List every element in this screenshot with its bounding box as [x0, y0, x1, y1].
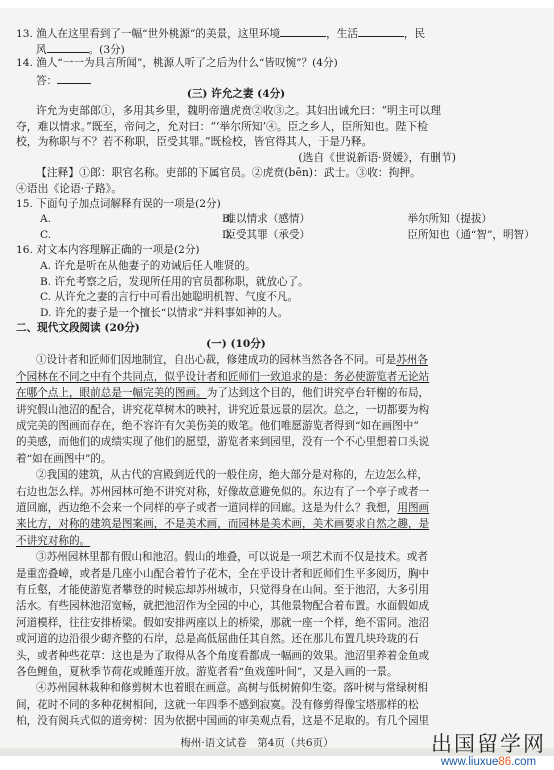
question-number: 14. — [16, 57, 33, 69]
answer-blank[interactable] — [47, 41, 89, 53]
passage-line: 右边也怎么样。苏州园林可绝不讲究对称，好像故意避免似的。东边有了一个亭子或者一 — [16, 484, 456, 500]
passage-line: 成完美的图画而存在，绝不容许有欠美伤美的败笔。他们唯愿游览者得到“如在画图中” — [16, 418, 456, 434]
underlined-text: 来比方，对称的建筑是图案画，不是美术画，而园林是美术画，美术画要求自然之趣，是 — [16, 518, 429, 530]
underlined-text: 在哪个点上，眼前总是一幅完美的图画。 — [16, 387, 207, 399]
question-15: 15. 下面句子加点词解释有误的一项是(2分) — [16, 197, 456, 213]
passage-line: 个园林在不同之中有个共同点，似乎设计者和匠师们一致追求的是：务必使游览者无论站 — [16, 369, 456, 385]
passage-line: ④苏州园林栽种和修剪树木也着眼在画意。高树与低树俯仰生姿。落叶树与常绿树相 — [16, 680, 456, 696]
underlined-text: 个园林在不同之中有个共同点，似乎设计者和匠师们一致追求的是：务必使游览者无论站 — [16, 371, 429, 383]
answer-blank[interactable] — [57, 72, 91, 84]
answer-label: 答： — [36, 75, 57, 87]
option-d[interactable]: D. 许允的妻子是一个擅长“以情求”并料事如神的人。 — [16, 306, 456, 322]
passage-line: 有丘壑，才能使游览者攀登的时候忘却苏州城市，只觉得身在山间。至于池沼，大多引用 — [16, 582, 456, 598]
passage-line: ③苏州园林里都有假山和池沼。假山的堆叠，可以说是一项艺术而不仅是技术。或者 — [16, 549, 456, 565]
passage-source: (选自《世说新语·贤媛》，有删节) — [16, 150, 456, 166]
question-score: 。(3分) — [89, 44, 125, 56]
underlined-text: 不讲究对称的。 — [16, 535, 90, 547]
passage-line: 活水。有些园林池沼宽畅，就把池沼作为全园的中心，其他景物配合着布置。水面假如成 — [16, 598, 456, 614]
answer-blank[interactable] — [358, 25, 404, 37]
underlined-text: 用图画 — [397, 502, 429, 514]
question-14: 14. 渔人“一一为具言所闻”，桃源人听了之后为什么“皆叹惋”？(4分) — [16, 56, 456, 72]
option-c[interactable]: C. 从许允之妻的言行中可看出她聪明机智、气度不凡。 — [16, 290, 456, 306]
question-13-cont: 风。(3分) — [16, 41, 456, 57]
question-text: ，民 — [404, 28, 425, 40]
passage-line: 间，花时不同的多种花树相间，这就一年四季不感到寂寞。没有修剪得像宝塔那样的松 — [16, 697, 456, 713]
passage-line: 或河道的边沿很少砌齐整的石岸，总是高低屈曲任其自然。还在那儿布置几块玲珑的石 — [16, 631, 456, 647]
passage-line: 在哪个点上，眼前总是一幅完美的图画。为了达到这个目的，他们讲究亭台轩榭的布局， — [16, 385, 456, 401]
passage-notes: ④语出《论语·子路》。 — [16, 181, 456, 197]
option-a[interactable]: A. 难以情求（感情） — [40, 212, 222, 228]
passage-notes: 【注释】①郎：职官名称。吏部的下属官员。②虎贲(bēn)：武士。③收：拘押。 — [16, 165, 456, 181]
watermark-title: 出国留学网 — [431, 734, 546, 755]
watermark-logo: 出国留学网 www.liuxue86.com — [431, 734, 546, 769]
modern-passage: ①设计者和匠师们因地制宜，自出心裁，修建成功的园林当然各各不同。可是苏州各个园林… — [16, 352, 456, 729]
passage-line: ①设计者和匠师们因地制宜，自出心裁，修建成功的园林当然各各不同。可是苏州各 — [16, 352, 456, 368]
option-b[interactable]: B. 举尔所知（提拔） — [222, 212, 404, 228]
question-text: ，生活 — [326, 28, 358, 40]
question-text: 对文本内容理解正确的一项是(2分) — [36, 244, 199, 256]
question-16: 16. 对文本内容理解正确的一项是(2分) — [16, 243, 456, 259]
passage-line: ②我国的建筑，从古代的宫殿到近代的一般住房，绝大部分是对称的，左边怎么样， — [16, 467, 456, 483]
question-number: 15. — [16, 198, 33, 210]
passage-line: 许允为吏部郎①，多用其乡里，魏明帝遣虎贲②收③之。其妇出诫允曰：“明主可以理 — [16, 103, 456, 119]
question-text: 风 — [36, 44, 47, 56]
passage-line: 着“如在画图中”的。 — [16, 451, 456, 467]
passage-line: 柏，没有阅兵式似的道旁树：因为依据中国画的审美观点看，这是不足取的。有几个园里 — [16, 713, 456, 729]
question-15-options-row: A. 难以情求（感情） B. 举尔所知（提拔） — [16, 212, 456, 228]
passage-line: 夺，难以情求。”既至，帝问之，允对曰：“‘举尔所知’④。臣之乡人，臣所知也。陛下… — [16, 119, 456, 135]
passage-line: 校，为称职与不？若不称职，臣受其罪。”既检校，皆官得其人，于是乃释。 — [16, 134, 456, 150]
classical-passage: 许允为吏部郎①，多用其乡里，魏明帝遣虎贲②收③之。其妇出诫允曰：“明主可以理 夺… — [16, 103, 456, 197]
question-14-answer: 答： — [16, 72, 456, 88]
passage-line: 是重峦叠嶂，或者是几座小山配合着竹子花木，全在乎设计者和匠师们生平多阅历，胸中 — [16, 566, 456, 582]
option-d[interactable]: D. 臣所知也（通“智”，明智） — [222, 228, 404, 244]
question-text: 渔人“一一为具言所闻”，桃源人听了之后为什么“皆叹惋”？(4分) — [36, 57, 338, 69]
question-13: 13. 渔人在这里看到了一幅“世外桃源”的美景，这里环境，生活，民 — [16, 25, 456, 41]
option-c[interactable]: C. 臣受其罪（承受） — [40, 228, 222, 244]
exam-page: 13. 渔人在这里看到了一幅“世外桃源”的美景，这里环境，生活，民 风。(3分)… — [0, 8, 554, 756]
passage-line: 的美感，而他们的成绩实现了他们的愿望，游览者来到园里，没有一个不心里想着口头说 — [16, 434, 456, 450]
option-a[interactable]: A. 许允是听在从他妻子的劝诫后任人唯贤的。 — [16, 259, 456, 275]
exam-content: 13. 渔人在这里看到了一幅“世外桃源”的美景，这里环境，生活，民 风。(3分)… — [16, 25, 456, 729]
watermark-url: www.liuxue86.com — [431, 757, 546, 769]
passage-line: 头，或者种些花草：这也是为了取得从各个角度看都成一幅画的效果。池沼里养着金鱼或 — [16, 648, 456, 664]
question-number: 13. — [16, 28, 33, 40]
passage-line: 讲究假山池沼的配合，讲究花草树木的映衬，讲究近景远景的层次。总之，一切都要为构 — [16, 402, 456, 418]
section-title: (三) 许允之妻 (4分) — [16, 87, 456, 103]
passage-line: 道回廊，西边绝不会来一个同样的亭子或者一道同样的回廊。这是为什么？我想，用图画 — [16, 500, 456, 516]
question-text: 下面句子加点词解释有误的一项是(2分) — [36, 198, 221, 210]
passage-line: 不讲究对称的。 — [16, 533, 456, 549]
question-text: 渔人在这里看到了一幅“世外桃源”的美景，这里环境 — [36, 28, 280, 40]
answer-blank[interactable] — [280, 25, 326, 37]
passage-line: 河道模样，往往安排桥梁。假如安排两座以上的桥梁，那就一座一个样，绝不雷同。池沼 — [16, 615, 456, 631]
sub-section-title: (一) (10分) — [16, 337, 456, 353]
underlined-text: 苏州各 — [396, 354, 428, 366]
passage-line: 来比方，对称的建筑是图案画，不是美术画，而园林是美术画，美术画要求自然之趣，是 — [16, 516, 456, 532]
part-title: 二、现代文段阅读 (20分) — [16, 321, 456, 337]
passage-line: 各色鲤鱼，夏秋季节荷花或睡莲开放。游览者看“鱼戏莲叶间”，又是入画的一景。 — [16, 664, 456, 680]
option-b[interactable]: B. 许允考察之后，发现所任用的官员都称职，就放心了。 — [16, 275, 456, 291]
question-15-options-row: C. 臣受其罪（承受） D. 臣所知也（通“智”，明智） — [16, 228, 456, 244]
question-number: 16. — [16, 244, 33, 256]
